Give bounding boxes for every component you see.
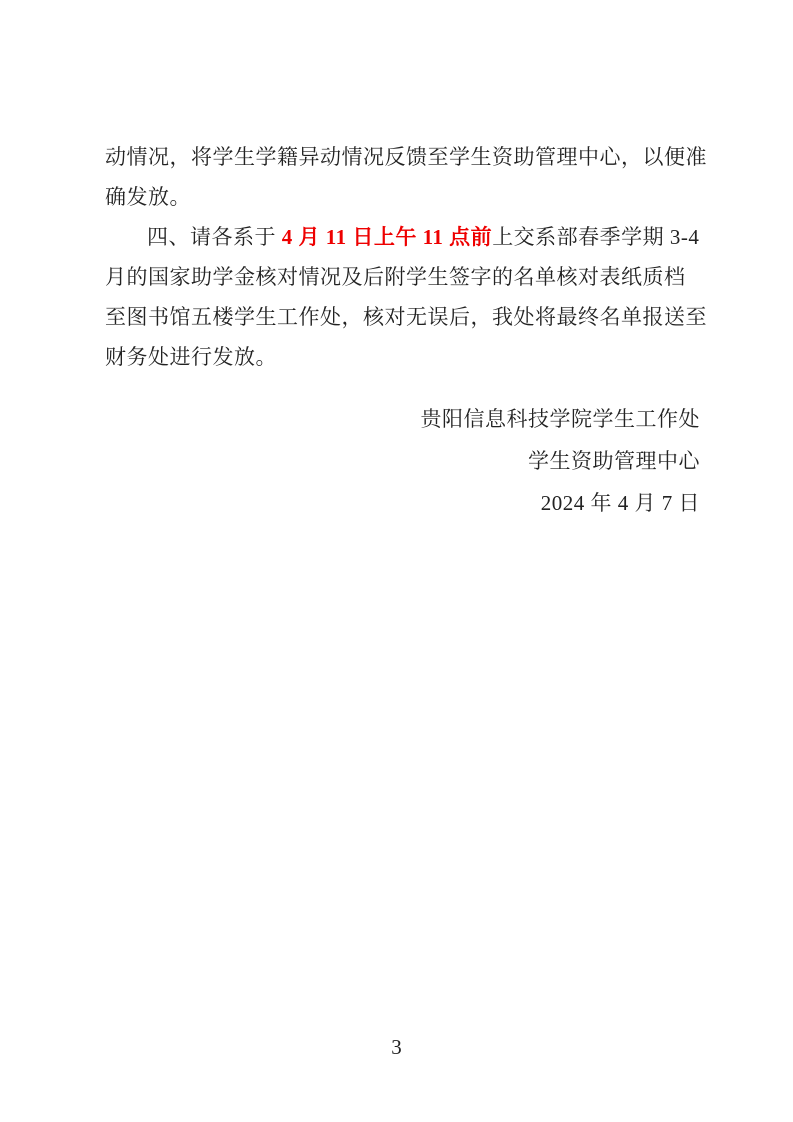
item-four-lead-text: 四、请各系于 [147, 225, 282, 249]
signature-center-line: 学生资助管理中心 [421, 440, 701, 482]
page-number: 3 [0, 1037, 793, 1058]
document-page: 动情况，将学生学籍异动情况反馈至学生资助管理中心，以便准 确发放。 四、请各系于… [0, 0, 793, 1122]
document-body: 动情况，将学生学籍异动情况反馈至学生资助管理中心，以便准 确发放。 四、请各系于… [105, 137, 725, 377]
item-four-line-4: 财务处进行发放。 [105, 337, 725, 377]
continuation-paragraph-line-1: 动情况，将学生学籍异动情况反馈至学生资助管理中心，以便准 [105, 137, 725, 177]
signature-block: 贵阳信息科技学院学生工作处 学生资助管理中心 2024 年 4 月 7 日 [421, 398, 701, 524]
signature-department-line: 贵阳信息科技学院学生工作处 [421, 398, 701, 440]
item-four-line-3: 至图书馆五楼学生工作处，核对无误后，我处将最终名单报送至 [105, 297, 725, 337]
item-four-line-1-tail-text: 上交系部春季学期 3-4 [492, 225, 699, 249]
deadline-highlight-text: 4 月 11 日上午 11 点前 [282, 225, 492, 249]
continuation-paragraph-line-2: 确发放。 [105, 177, 725, 217]
signature-date-line: 2024 年 4 月 7 日 [421, 482, 701, 524]
item-four-line-2: 月的国家助学金核对情况及后附学生签字的名单核对表纸质档 [105, 257, 725, 297]
item-four-line-1: 四、请各系于 4 月 11 日上午 11 点前上交系部春季学期 3-4 [105, 217, 725, 257]
